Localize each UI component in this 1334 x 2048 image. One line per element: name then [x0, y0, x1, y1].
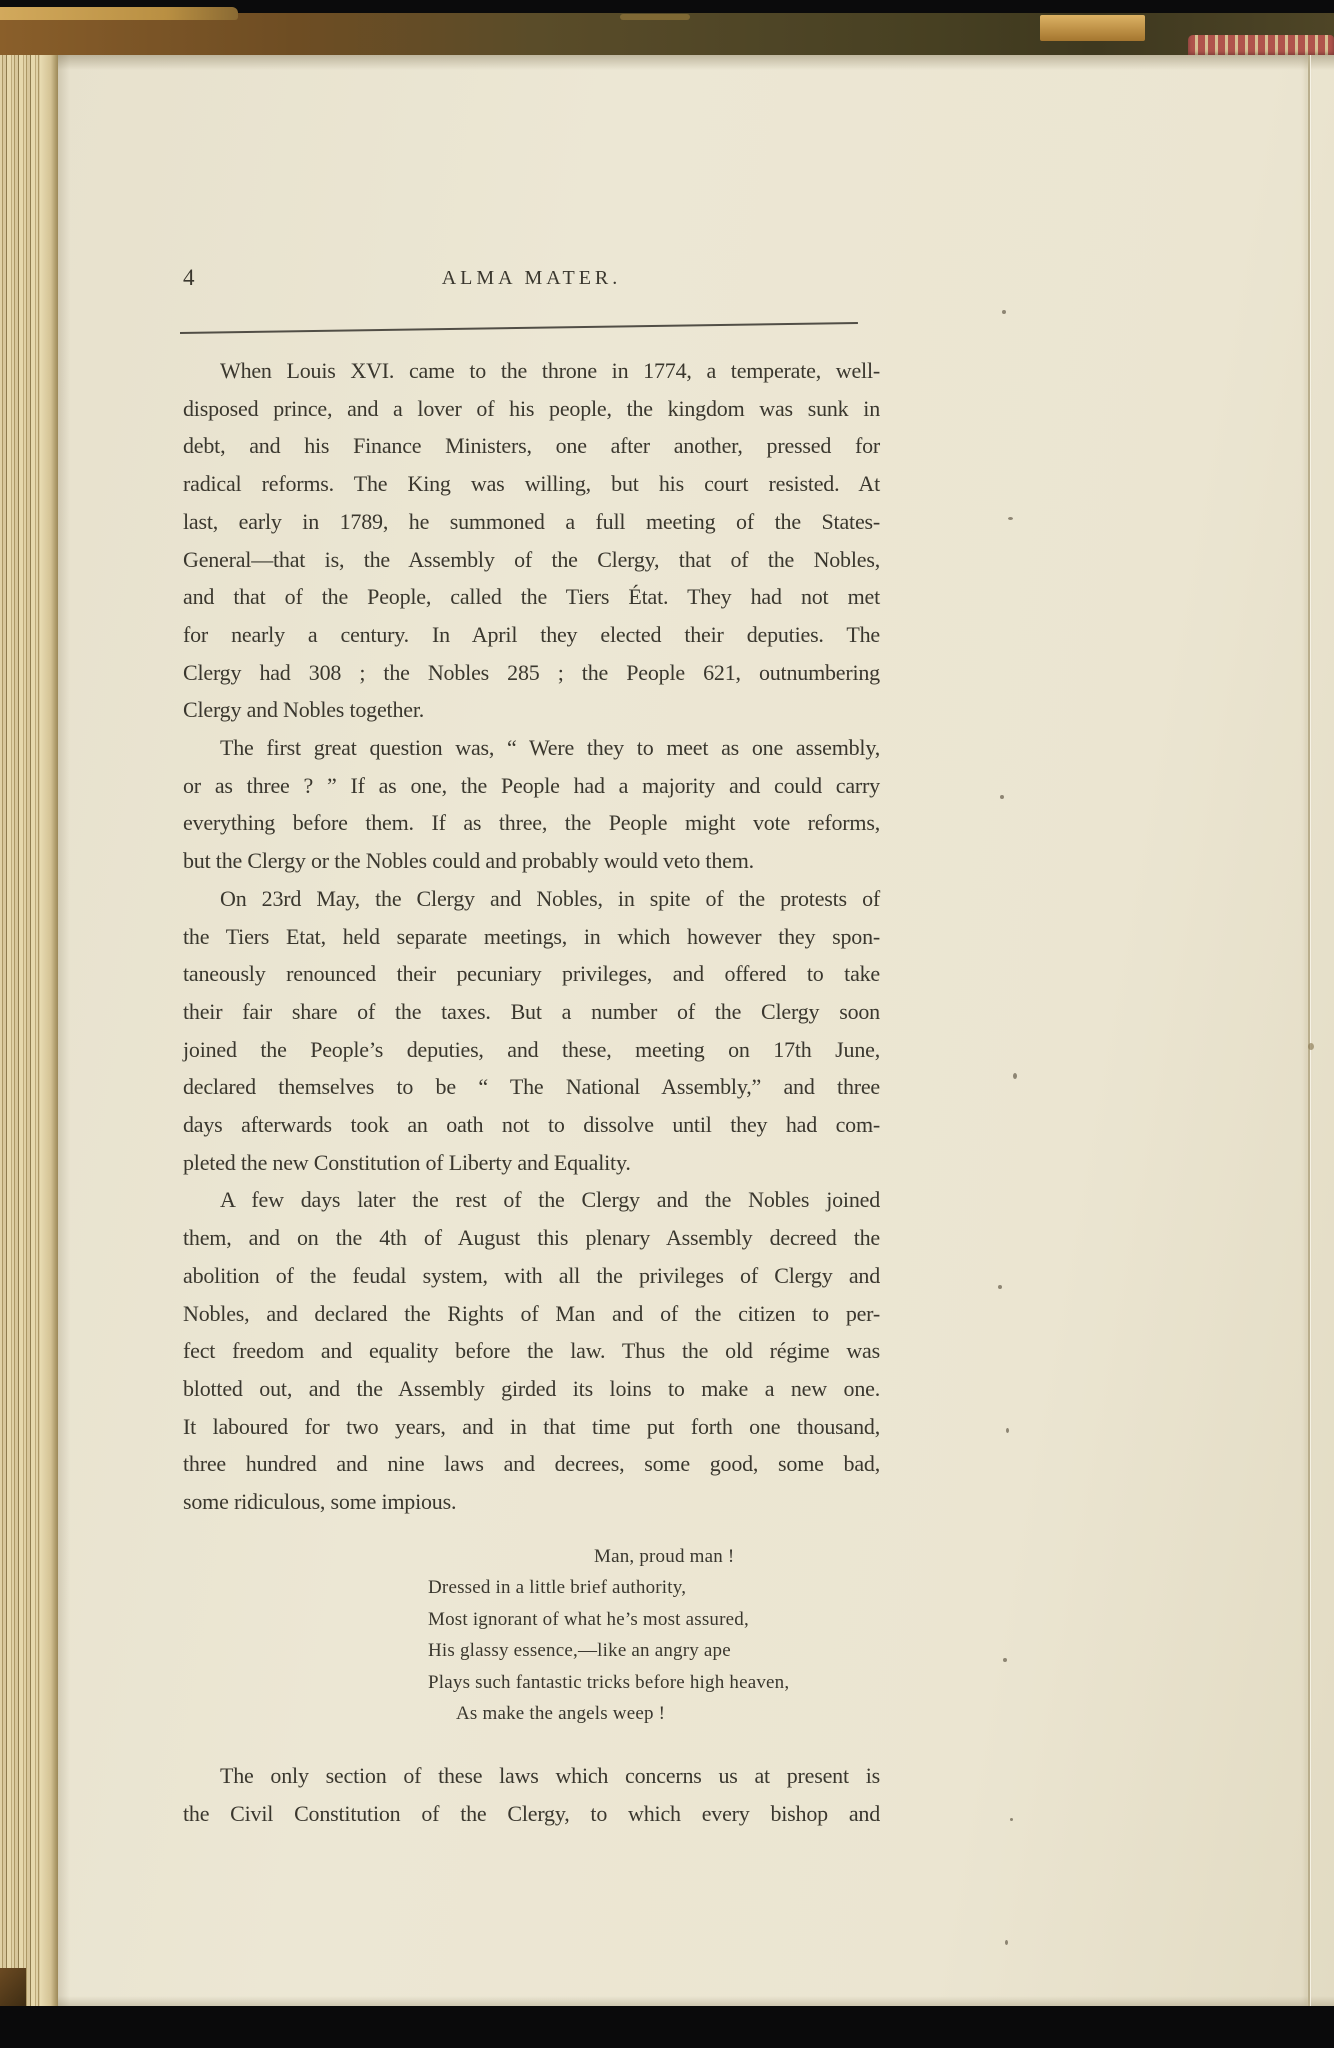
leather-wear-patch — [0, 7, 238, 20]
page-flaw — [1308, 1043, 1314, 1050]
text-line: some ridiculous, some impious. — [183, 1483, 880, 1521]
text-line: Nobles, and declared the Rights of Man a… — [183, 1295, 880, 1333]
text-line: On 23rd May, the Clergy and Nobles, in s… — [183, 880, 880, 918]
text-line: everything before them. If as three, the… — [183, 804, 880, 842]
text-line: When Louis XVI. came to the throne in 17… — [183, 352, 880, 390]
text-line: General—that is, the Assembly of the Cle… — [183, 541, 880, 579]
text-line: The first great question was, “ Were the… — [183, 729, 880, 767]
poem-line: As make the angels weep ! — [456, 1698, 789, 1729]
page-speck — [1013, 1073, 1017, 1079]
text-line: A few days later the rest of the Clergy … — [183, 1181, 880, 1219]
poem-line: Man, proud man ! — [594, 1541, 789, 1572]
text-line: for nearly a century. In April they elec… — [183, 616, 880, 654]
page-speck — [998, 1285, 1002, 1289]
text-line: pleted the new Constitution of Liberty a… — [183, 1144, 880, 1182]
scanned-book-page-photo: 4 ALMA MATER. When Louis XVI. came to th… — [0, 0, 1334, 2048]
text-line: joined the People’s deputies, and these,… — [183, 1031, 880, 1069]
leather-wear-patch — [620, 14, 690, 20]
text-line: disposed prince, and a lover of his peop… — [183, 390, 880, 428]
text-line: declared themselves to be “ The National… — [183, 1068, 880, 1106]
book-cover-bottom-edge — [0, 2006, 1334, 2048]
text-line: and that of the People, called the Tiers… — [183, 578, 880, 616]
text-line: their fair share of the taxes. But a num… — [183, 993, 880, 1031]
text-line: taneously renounced their pecuniary priv… — [183, 955, 880, 993]
text-line: debt, and his Finance Ministers, one aft… — [183, 427, 880, 465]
text-line: blotted out, and the Assembly girded its… — [183, 1370, 880, 1408]
text-line: The only section of these laws which con… — [183, 1757, 880, 1795]
text-line: three hundred and nine laws and decrees,… — [183, 1445, 880, 1483]
page-speck — [1003, 1658, 1007, 1662]
text-line: the Tiers Etat, held separate meetings, … — [183, 918, 880, 956]
running-header: ALMA MATER. — [183, 267, 880, 290]
poem-line: Dressed in a little brief authority, — [428, 1572, 789, 1603]
leather-wear-patch — [1040, 15, 1145, 41]
header-rule — [180, 322, 858, 334]
text-line: Clergy had 308 ; the Nobles 285 ; the Pe… — [183, 654, 880, 692]
text-line: last, early in 1789, he summoned a full … — [183, 503, 880, 541]
text-line: or as three ? ” If as one, the People ha… — [183, 767, 880, 805]
poem-line: Most ignorant of what he’s most assured, — [428, 1604, 789, 1635]
poem-line: Plays such fantastic tricks before high … — [428, 1667, 789, 1698]
page-speck — [1000, 795, 1004, 799]
page-speck — [1005, 1940, 1008, 1945]
poem-block: Man, proud man !Dressed in a little brie… — [428, 1541, 789, 1729]
closing-paragraph: The only section of these laws which con… — [183, 1757, 880, 1832]
page-speck — [1002, 310, 1006, 314]
text-line: radical reforms. The King was willing, b… — [183, 465, 880, 503]
page-crease — [1308, 55, 1310, 2006]
body-text: When Louis XVI. came to the throne in 17… — [183, 352, 880, 1521]
page-speck — [1006, 1428, 1009, 1433]
text-line: fect freedom and equality before the law… — [183, 1332, 880, 1370]
poem-line: His glassy essence,—like an angry ape — [428, 1635, 789, 1666]
page-edges-highlight — [40, 55, 58, 2008]
page-speck — [1010, 1818, 1013, 1821]
text-line: abolition of the feudal system, with all… — [183, 1257, 880, 1295]
page-speck — [1008, 517, 1013, 520]
text-line: days afterwards took an oath not to diss… — [183, 1106, 880, 1144]
text-line: Clergy and Nobles together. — [183, 691, 880, 729]
text-line: the Civil Constitution of the Clergy, to… — [183, 1795, 880, 1833]
text-line: them, and on the 4th of August this plen… — [183, 1219, 880, 1257]
text-line: but the Clergy or the Nobles could and p… — [183, 842, 880, 880]
book-page: 4 ALMA MATER. When Louis XVI. came to th… — [58, 55, 1334, 2006]
text-line: It laboured for two years, and in that t… — [183, 1408, 880, 1446]
